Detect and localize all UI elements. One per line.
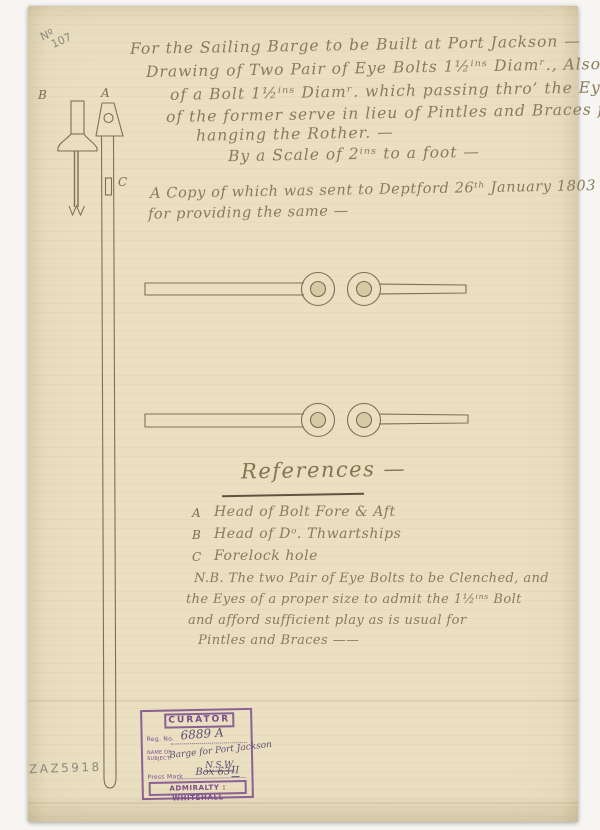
eye-bolt-pair-1 xyxy=(145,273,466,306)
label-b: B xyxy=(38,88,47,102)
label-a: A xyxy=(101,86,110,100)
nb-line-3: and afford sufficient play as is usual f… xyxy=(188,613,466,628)
forelock-hole xyxy=(106,178,112,195)
nb-line-2: the Eyes of a proper size to admit the 1… xyxy=(186,592,522,607)
eye-bolt-pair-2 xyxy=(145,404,468,437)
paper-sheet: Nº 107 xyxy=(28,6,578,822)
nb-line-4: Pintles and Braces —— xyxy=(198,633,359,648)
stamp-press-value-2: II xyxy=(231,765,239,777)
ref-key: B xyxy=(192,528,201,542)
ref-key: C xyxy=(192,550,201,564)
pair2-right-bar xyxy=(379,414,468,424)
bolt-b-drawing xyxy=(58,101,97,215)
scanned-document: Nº 107 xyxy=(0,0,600,830)
shelfmark: ZAZ5918 xyxy=(29,760,102,777)
ref-key: A xyxy=(192,506,201,520)
pair1-right-bar xyxy=(379,284,466,294)
bolt-a-drawing xyxy=(96,103,123,788)
references-heading: References — xyxy=(241,457,406,484)
ref-text: Head of Dᵒ. Thwartships xyxy=(214,526,401,542)
ref-text: Head of Bolt Fore & Aft xyxy=(214,504,396,520)
curator-stamp: CURATOR Reg. No. 6889 A NAME OF SUBJECT:… xyxy=(140,708,254,800)
ref-text: Forelock hole xyxy=(214,548,318,564)
label-c: C xyxy=(118,175,127,189)
pair1-left-bar xyxy=(145,283,304,295)
stamp-press-value: Box 63 xyxy=(195,766,230,778)
title-line-5: hanging the Rother. — xyxy=(196,123,394,144)
pair2-left-bar xyxy=(145,414,304,427)
nb-line-1: N.B. The two Pair of Eye Bolts to be Cle… xyxy=(194,571,549,586)
stamp-subject-label-2: SUBJECT: xyxy=(147,757,171,763)
stamp-footer: ADMIRALTY : WHITEHALL xyxy=(149,780,247,796)
